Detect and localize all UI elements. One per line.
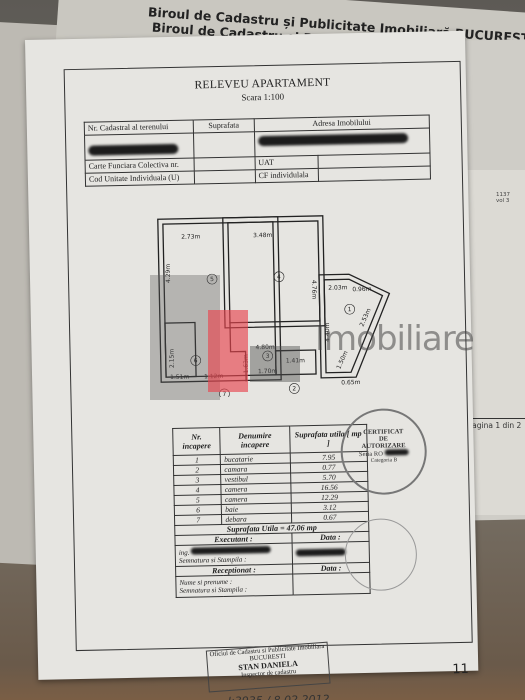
floor-plan: 2.73m 3.48m 4.29m 4.76m 2.03m 0.96m 2.53… <box>153 208 407 398</box>
svg-text:1.50m: 1.50m <box>335 350 349 371</box>
cod-unitate-label: Cod Unitate Individuala (U) <box>85 171 194 186</box>
ocpi-stamp: Oficiul de Cadastru si Publicitate Imobi… <box>206 642 331 693</box>
redaction <box>191 545 271 554</box>
svg-text:1.63m: 1.63m <box>243 354 250 374</box>
svg-text:2: 2 <box>292 385 296 392</box>
adresa-value <box>254 128 430 157</box>
faded-stamp <box>344 518 417 591</box>
svg-text:7: 7 <box>222 391 226 398</box>
svg-text:6: 6 <box>194 357 198 364</box>
redaction <box>258 133 408 146</box>
authorization-stamp: CERTIFICAT DE AUTORIZARE Seria RO Catego… <box>340 408 428 496</box>
cf-individuala-value <box>318 166 430 181</box>
svg-text:1.12m: 1.12m <box>204 373 224 380</box>
col-nr: Nr. incapere <box>173 428 221 456</box>
pagina-label: Pagina 1 din 2 <box>468 421 521 430</box>
svg-text:1.41m: 1.41m <box>286 357 306 364</box>
executant-info: ing. Semnatura si Stampila : <box>175 543 292 566</box>
releveu-page: RELEVEU APARTAMENT Scara 1:100 Nr. Cadas… <box>25 31 478 680</box>
handwritten-registration: J:3935 / 8.02.2012 <box>228 693 330 700</box>
svg-text:4.29m: 4.29m <box>165 264 172 284</box>
svg-text:3.48m: 3.48m <box>253 232 273 239</box>
info-table: Nr. Cadastral al terenului Suprafata Adr… <box>84 115 431 187</box>
svg-text:4: 4 <box>277 274 281 281</box>
receptionat-info: Nume si prenume :Semnatura si Stampila : <box>176 574 293 597</box>
nr-cadastral-value <box>85 133 195 160</box>
side-note: 1137vol 3 <box>496 192 510 204</box>
redaction <box>295 548 345 556</box>
svg-text:2.73m: 2.73m <box>181 233 201 240</box>
svg-text:4.80m: 4.80m <box>255 344 275 351</box>
redaction <box>88 144 178 156</box>
suprafata-value <box>194 132 255 158</box>
page-number: 11 <box>452 662 469 677</box>
carte-funciara-value <box>194 157 255 171</box>
redaction <box>384 449 408 456</box>
svg-text:1.51m: 1.51m <box>170 374 190 381</box>
cf-individuala-label: CF individulala <box>255 168 319 182</box>
svg-text:1: 1 <box>348 306 352 313</box>
svg-text:0.65m: 0.65m <box>341 379 361 386</box>
svg-text:3: 3 <box>266 353 270 360</box>
svg-text:4.76m: 4.76m <box>310 280 317 300</box>
svg-text:1.70m: 1.70m <box>258 368 278 375</box>
svg-text:2.03m: 2.03m <box>328 284 348 291</box>
cod-unitate-value <box>194 170 255 184</box>
svg-text:0.96m: 0.96m <box>352 286 372 293</box>
svg-text:5: 5 <box>210 276 214 283</box>
col-denumire: Denumire incapere <box>220 426 290 454</box>
svg-text:2.15m: 2.15m <box>168 349 175 369</box>
svg-text:4.40m: 4.40m <box>324 322 331 342</box>
suprafata-label: Suprafata <box>193 119 254 133</box>
page-frame: RELEVEU APARTAMENT Scara 1:100 Nr. Cadas… <box>64 61 473 651</box>
